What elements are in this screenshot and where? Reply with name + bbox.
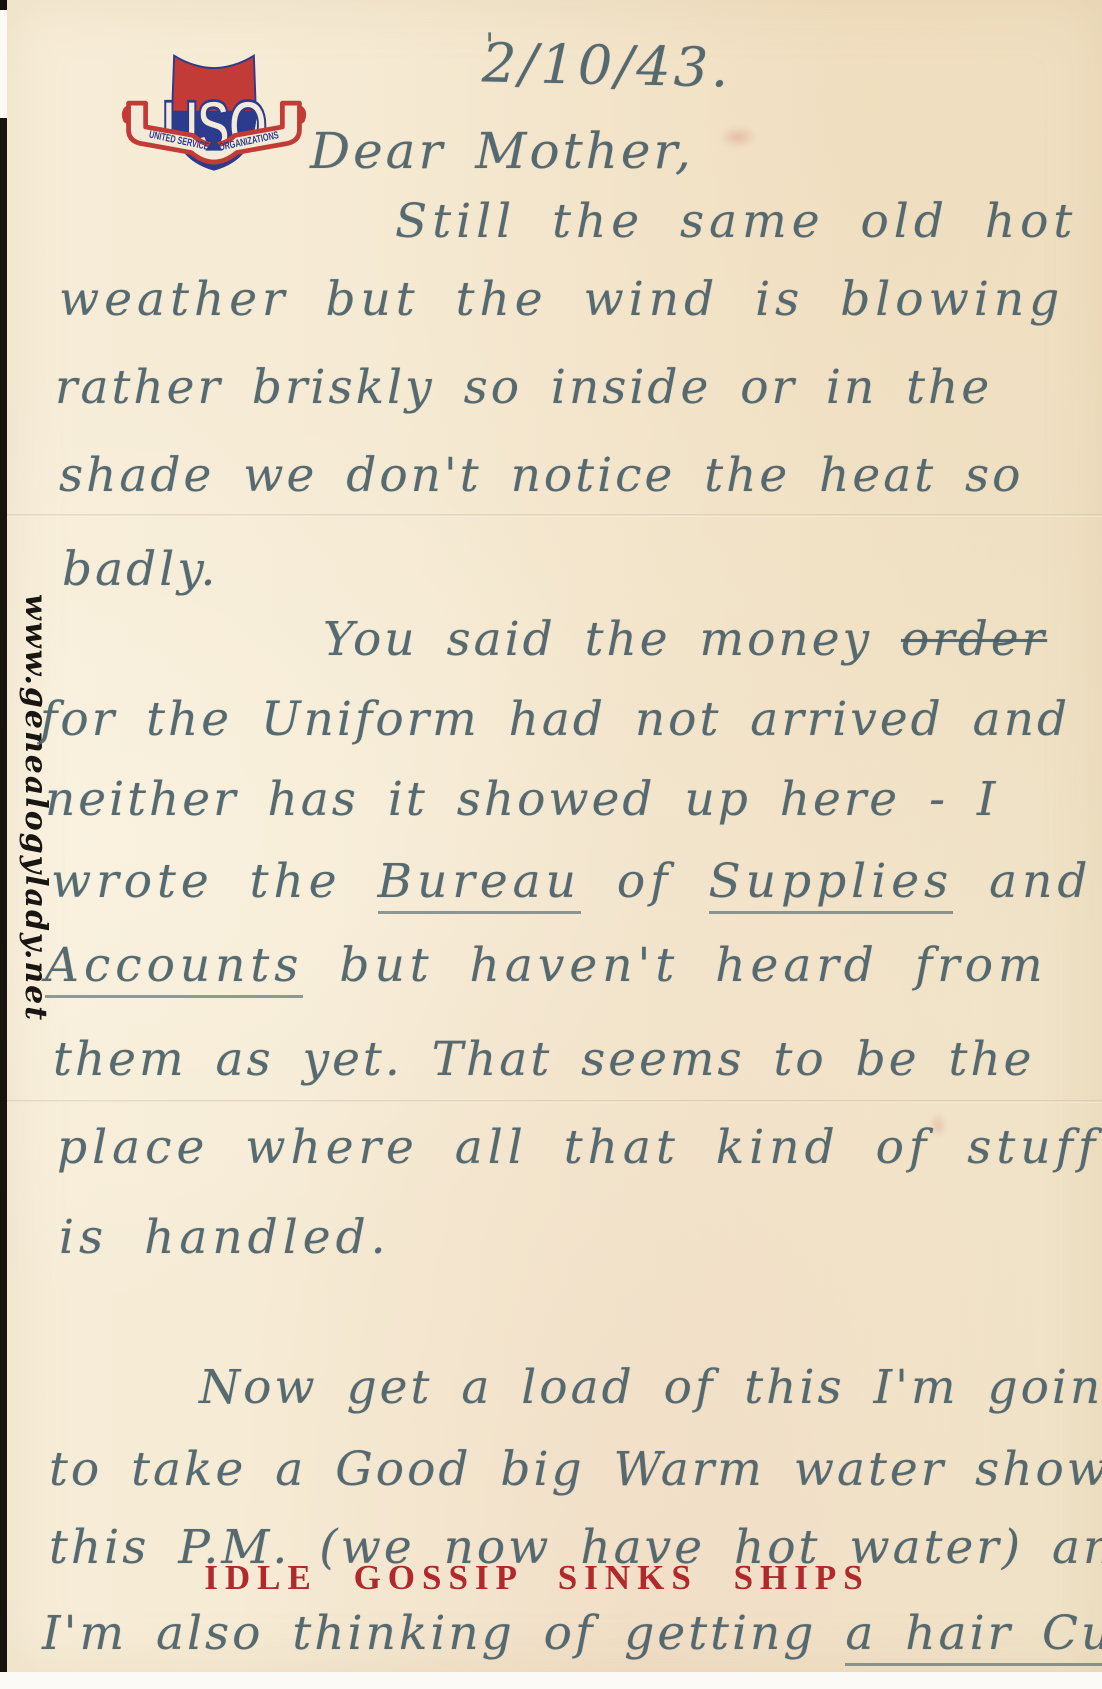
text-segment: wrote the: [51, 854, 378, 909]
struck-word-order: order: [901, 612, 1047, 667]
letter-line: badly.: [62, 542, 218, 597]
scanned-letter: USO UNITED SERVICE ORGANIZATIONS www.gen…: [0, 0, 1102, 1689]
letter-line: weather but the wind is blowing: [59, 272, 1064, 327]
letter-date: 2/10/43.: [481, 31, 732, 99]
letter-line-accounts: Accounts but haven't heard from: [45, 938, 1048, 993]
underlined-phrase-haircut: a hair Cut: [845, 1606, 1102, 1666]
letter-line-bureau-supplies: wrote the Bureau of Supplies and: [51, 854, 1092, 909]
fold-crease: [7, 1100, 1102, 1103]
fold-crease: [7, 514, 1102, 517]
text-segment: You said the money: [323, 612, 901, 667]
text-segment: but haven't heard from: [303, 938, 1047, 993]
letter-line: neither has it showed up here - I: [45, 772, 998, 827]
letter-line: Now get a load of this I'm going: [199, 1360, 1102, 1415]
letter-line-money-order: You said the money order: [323, 612, 1047, 667]
slogan-idle-gossip-sinks-ships: IDLE GOSSIP SINKS SHIPS: [157, 1558, 917, 1598]
letter-line: for the Uniform had not arrived and: [40, 692, 1070, 747]
letter-line: Still the same old hot: [395, 194, 1077, 249]
paper-stain: [719, 126, 757, 148]
letter-line: shade we don't notice the heat so: [59, 448, 1023, 503]
letter-line: place where all that kind of stuff: [57, 1120, 1100, 1175]
text-segment: of: [581, 854, 709, 909]
text-segment: I'm also thinking of getting: [42, 1606, 845, 1661]
underlined-word-bureau: Bureau: [378, 854, 581, 914]
underlined-word-supplies: Supplies: [709, 854, 954, 914]
underlined-word-accounts: Accounts: [45, 938, 303, 998]
uso-logo: USO UNITED SERVICE ORGANIZATIONS: [119, 50, 309, 200]
letter-line: rather briskly so inside or in the: [55, 360, 992, 415]
letter-line: to take a Good big Warm water shower: [49, 1442, 1102, 1497]
letter-line: is handled.: [59, 1210, 391, 1265]
letter-line-haircut: I'm also thinking of getting a hair Cut.: [42, 1606, 1102, 1661]
letter-line: them as yet. That seems to be the: [53, 1032, 1034, 1087]
letter-paper: USO UNITED SERVICE ORGANIZATIONS www.gen…: [7, 0, 1102, 1672]
text-segment: and: [953, 854, 1092, 909]
letter-salutation: Dear Mother,: [310, 122, 694, 180]
